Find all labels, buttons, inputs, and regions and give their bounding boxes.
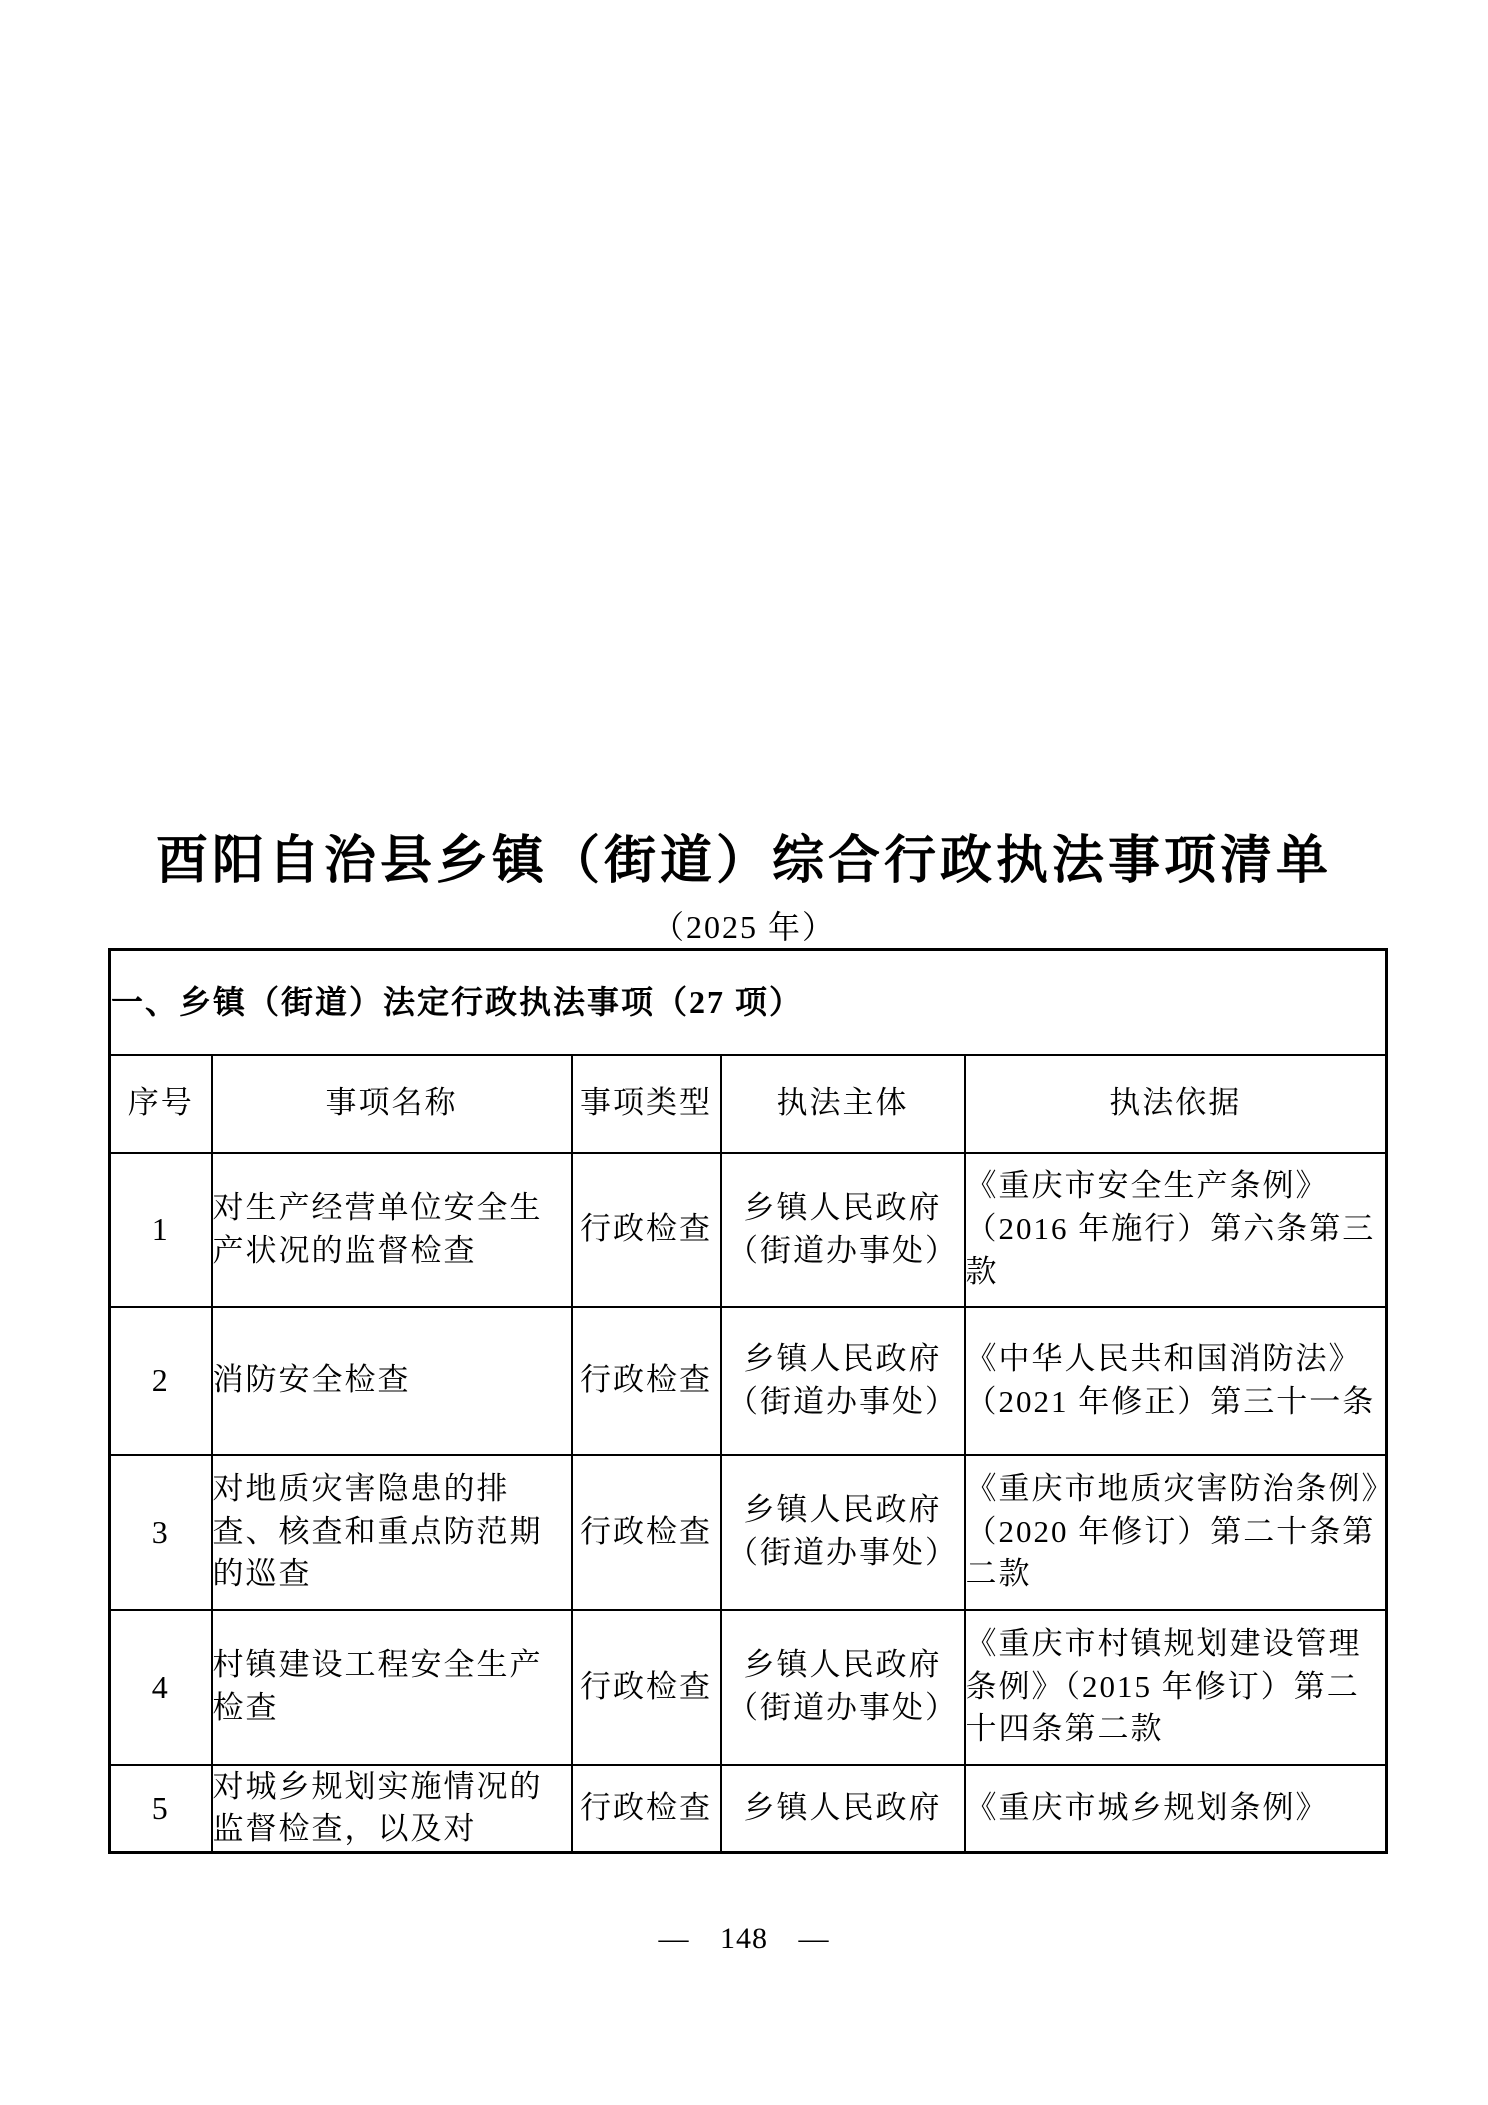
row-legal-basis: 《重庆市地质灾害防治条例》（2020 年修订）第二十条第二款 xyxy=(965,1455,1387,1610)
col-header-no: 序号 xyxy=(110,1055,212,1153)
row-item-type: 行政检查 xyxy=(572,1455,721,1610)
row-item-name: 对地质灾害隐患的排查、核查和重点防范期的巡查 xyxy=(212,1455,572,1610)
table-row: 1 对生产经营单位安全生产状况的监督检查 行政检查 乡镇人民政府（街道办事处） … xyxy=(110,1153,1387,1307)
row-number: 3 xyxy=(110,1455,212,1610)
table-row: 4 村镇建设工程安全生产检查 行政检查 乡镇人民政府（街道办事处） 《重庆市村镇… xyxy=(110,1610,1387,1765)
row-item-name: 消防安全检查 xyxy=(212,1307,572,1455)
row-number: 2 xyxy=(110,1307,212,1455)
row-legal-basis: 《重庆市城乡规划条例》 xyxy=(965,1765,1387,1853)
row-item-type: 行政检查 xyxy=(572,1153,721,1307)
row-enforcement-subject: 乡镇人民政府（街道办事处） xyxy=(721,1307,965,1455)
col-header-basis: 执法依据 xyxy=(965,1055,1387,1153)
law-items-table-container: 一、乡镇（街道）法定行政执法事项（27 项） 序号 事项名称 事项类型 执法主体… xyxy=(108,948,1385,1854)
row-item-type: 行政检查 xyxy=(572,1307,721,1455)
row-number: 5 xyxy=(110,1765,212,1853)
row-item-type: 行政检查 xyxy=(572,1610,721,1765)
row-enforcement-subject: 乡镇人民政府（街道办事处） xyxy=(721,1455,965,1610)
row-legal-basis: 《中华人民共和国消防法》（2021 年修正）第三十一条 xyxy=(965,1307,1387,1455)
table-row: 5 对城乡规划实施情况的监督检查，以及对 行政检查 乡镇人民政府 《重庆市城乡规… xyxy=(110,1765,1387,1853)
row-item-name: 对城乡规划实施情况的监督检查，以及对 xyxy=(212,1765,572,1853)
col-header-type: 事项类型 xyxy=(572,1055,721,1153)
row-item-type: 行政检查 xyxy=(572,1765,721,1853)
law-items-table: 一、乡镇（街道）法定行政执法事项（27 项） 序号 事项名称 事项类型 执法主体… xyxy=(108,948,1388,1854)
table-header-row: 序号 事项名称 事项类型 执法主体 执法依据 xyxy=(110,1055,1387,1153)
row-enforcement-subject: 乡镇人民政府 xyxy=(721,1765,965,1853)
col-header-name: 事项名称 xyxy=(212,1055,572,1153)
page-number: — 148 — xyxy=(0,1922,1488,1956)
row-legal-basis: 《重庆市村镇规划建设管理条例》（2015 年修订）第二十四条第二款 xyxy=(965,1610,1387,1765)
table-row: 2 消防安全检查 行政检查 乡镇人民政府（街道办事处） 《中华人民共和国消防法》… xyxy=(110,1307,1387,1455)
row-number: 4 xyxy=(110,1610,212,1765)
row-item-name: 对生产经营单位安全生产状况的监督检查 xyxy=(212,1153,572,1307)
row-number: 1 xyxy=(110,1153,212,1307)
row-item-name: 村镇建设工程安全生产检查 xyxy=(212,1610,572,1765)
table-section-row: 一、乡镇（街道）法定行政执法事项（27 项） xyxy=(110,950,1387,1055)
col-header-subject: 执法主体 xyxy=(721,1055,965,1153)
section-header: 一、乡镇（街道）法定行政执法事项（27 项） xyxy=(110,950,1387,1055)
page-subtitle: （2025 年） xyxy=(0,902,1488,948)
page-title: 酉阳自治县乡镇（街道）综合行政执法事项清单 xyxy=(0,818,1488,893)
table-row: 3 对地质灾害隐患的排查、核查和重点防范期的巡查 行政检查 乡镇人民政府（街道办… xyxy=(110,1455,1387,1610)
row-legal-basis: 《重庆市安全生产条例》（2016 年施行）第六条第三款 xyxy=(965,1153,1387,1307)
row-enforcement-subject: 乡镇人民政府（街道办事处） xyxy=(721,1153,965,1307)
row-enforcement-subject: 乡镇人民政府（街道办事处） xyxy=(721,1610,965,1765)
